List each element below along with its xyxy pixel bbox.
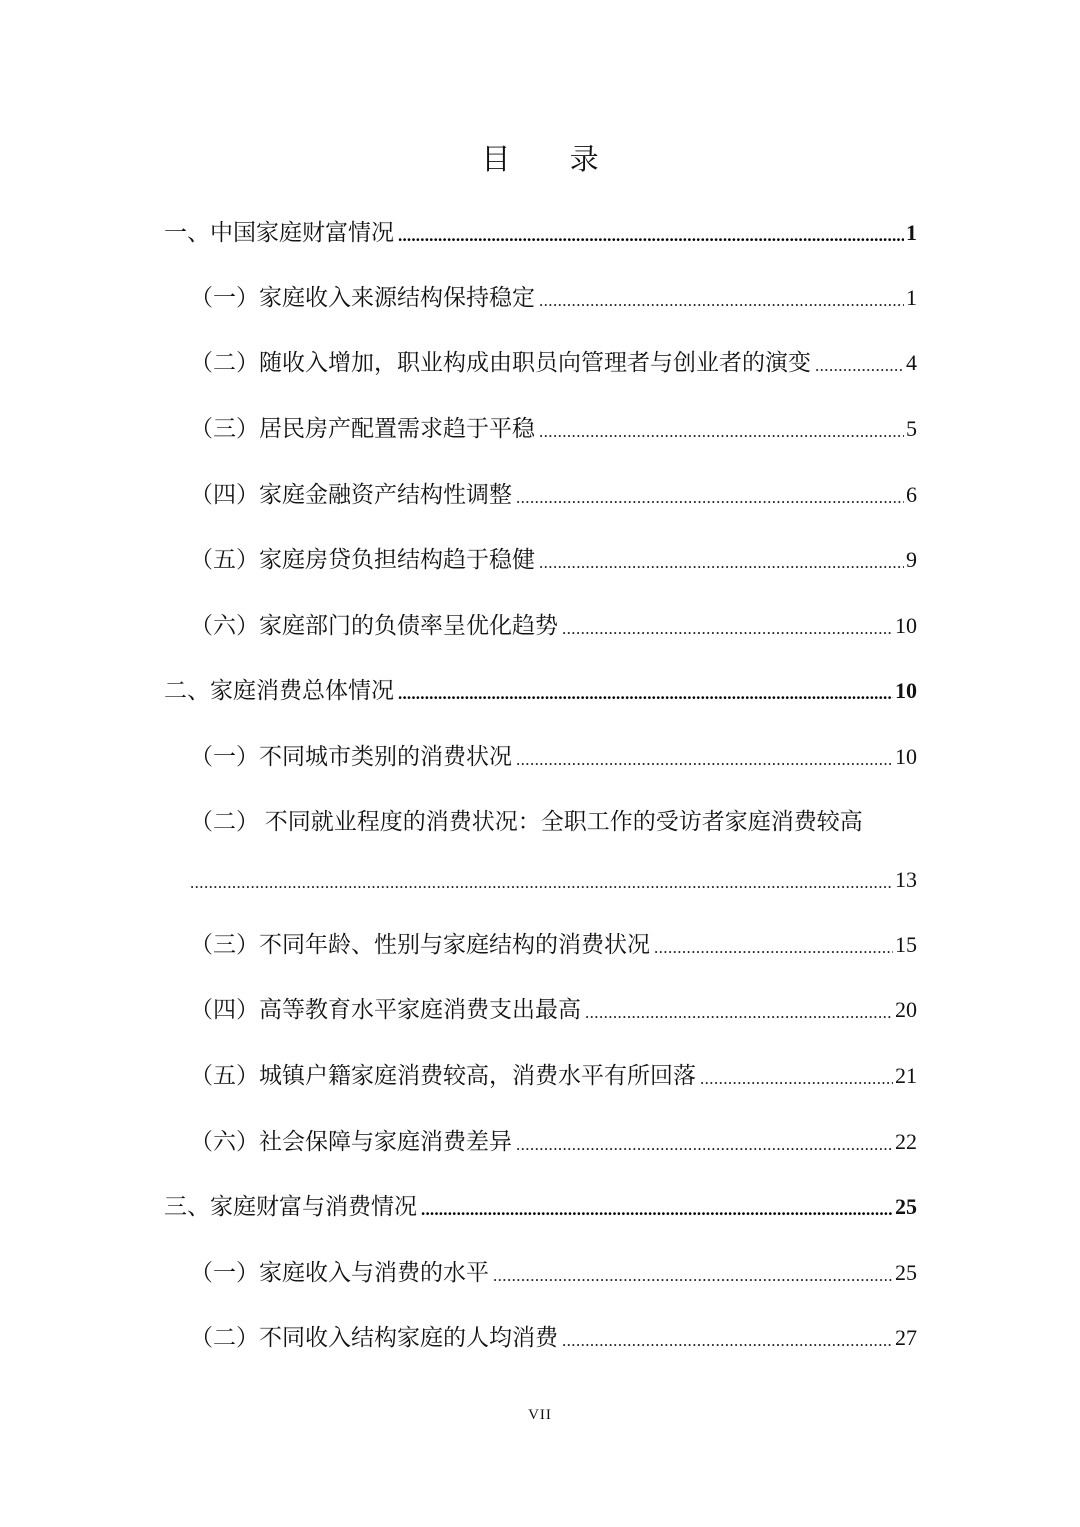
toc-entry-label: （五）家庭房贷负担结构趋于稳健 (190, 544, 535, 576)
toc-entry-label: （六）家庭部门的负债率呈优化趋势 (190, 610, 558, 642)
page-number: VII (0, 1405, 1080, 1425)
dot-leader (421, 1192, 893, 1216)
dot-leader (815, 348, 904, 372)
dot-leader (398, 218, 904, 242)
toc-entry-section-2-5[interactable]: （五）城镇户籍家庭消费较高，消费水平有所回落 21 (190, 1060, 917, 1092)
toc-entry-label: （三）居民房产配置需求趋于平稳 (190, 413, 535, 445)
toc-entry-section-1-3[interactable]: （三）居民房产配置需求趋于平稳 5 (190, 413, 917, 445)
toc-entry-section-2-6[interactable]: （六）社会保障与家庭消费差异 22 (190, 1126, 917, 1158)
toc-entry-page: 27 (895, 1322, 917, 1354)
toc-entry-chapter-1[interactable]: 一、中国家庭财富情况 1 (164, 217, 917, 249)
dot-leader (190, 865, 893, 889)
toc-entry-chapter-2[interactable]: 二、家庭消费总体情况 10 (164, 675, 917, 707)
toc-entry-section-2-2[interactable]: （二） 不同就业程度的消费状况：全职工作的受访者家庭消费较高 (190, 806, 917, 838)
toc-entry-page: 15 (895, 929, 917, 961)
toc-entry-label: 一、中国家庭财富情况 (164, 217, 394, 249)
toc-entry-label: （二） 不同就业程度的消费状况：全职工作的受访者家庭消费较高 (190, 806, 863, 838)
toc-entry-page: 13 (895, 864, 917, 896)
toc-entry-section-2-3[interactable]: （三）不同年龄、性别与家庭结构的消费状况 15 (190, 929, 917, 961)
dot-leader (398, 676, 893, 700)
dot-leader (562, 1323, 893, 1347)
toc-entry-page: 20 (895, 994, 917, 1026)
toc-entry-page: 4 (906, 347, 917, 379)
toc-entry-page: 10 (895, 741, 917, 773)
toc-entry-label: 二、家庭消费总体情况 (164, 675, 394, 707)
toc-entry-page: 1 (906, 282, 917, 314)
dot-leader (539, 414, 904, 438)
toc-entry-page: 10 (895, 610, 917, 642)
toc-entry-page: 21 (895, 1060, 917, 1092)
dot-leader (585, 995, 893, 1019)
dot-leader (539, 283, 904, 307)
toc-entry-page: 5 (906, 413, 917, 445)
toc-entry-chapter-3[interactable]: 三、家庭财富与消费情况 25 (164, 1191, 917, 1223)
toc-entry-page: 10 (895, 675, 917, 707)
toc-entry-label: （一）不同城市类别的消费状况 (190, 741, 512, 773)
toc-entry-page: 6 (906, 479, 917, 511)
toc-entry-section-2-2-continuation[interactable]: 13 (190, 864, 917, 896)
dot-leader (700, 1061, 893, 1085)
toc-entry-section-2-4[interactable]: （四）高等教育水平家庭消费支出最高 20 (190, 994, 917, 1026)
toc-entry-label: （三）不同年龄、性别与家庭结构的消费状况 (190, 929, 650, 961)
toc-entry-label: （二）随收入增加，职业构成由职员向管理者与创业者的演变 (190, 347, 811, 379)
toc-entry-label: （四）高等教育水平家庭消费支出最高 (190, 994, 581, 1026)
toc-entry-section-3-1[interactable]: （一）家庭收入与消费的水平 25 (190, 1257, 917, 1289)
toc-entry-page: 9 (906, 544, 917, 576)
toc-entry-section-1-5[interactable]: （五）家庭房贷负担结构趋于稳健 9 (190, 544, 917, 576)
toc-entry-page: 22 (895, 1126, 917, 1158)
dot-leader (493, 1258, 893, 1282)
toc-entry-page: 1 (906, 217, 917, 249)
toc-entry-page: 25 (895, 1257, 917, 1289)
dot-leader (516, 1127, 893, 1151)
toc-entry-section-2-1[interactable]: （一）不同城市类别的消费状况 10 (190, 741, 917, 773)
toc-entry-section-3-2[interactable]: （二）不同收入结构家庭的人均消费 27 (190, 1322, 917, 1354)
toc-entry-page: 25 (895, 1191, 917, 1223)
dot-leader (516, 742, 893, 766)
toc-entry-section-1-2[interactable]: （二）随收入增加，职业构成由职员向管理者与创业者的演变 4 (190, 347, 917, 379)
toc-entry-section-1-6[interactable]: （六）家庭部门的负债率呈优化趋势 10 (190, 610, 917, 642)
toc-entry-section-1-1[interactable]: （一）家庭收入来源结构保持稳定 1 (190, 282, 917, 314)
toc-entry-label: （五）城镇户籍家庭消费较高，消费水平有所回落 (190, 1060, 696, 1092)
dot-leader (562, 611, 893, 635)
toc-entry-label: （四）家庭金融资产结构性调整 (190, 479, 512, 511)
toc-entry-section-1-4[interactable]: （四）家庭金融资产结构性调整 6 (190, 479, 917, 511)
dot-leader (654, 930, 893, 954)
toc-entry-label: （一）家庭收入来源结构保持稳定 (190, 282, 535, 314)
toc-entry-label: （六）社会保障与家庭消费差异 (190, 1126, 512, 1158)
table-of-contents: 一、中国家庭财富情况 1 （一）家庭收入来源结构保持稳定 1 （二）随收入增加，… (0, 0, 1080, 1527)
dot-leader (539, 545, 904, 569)
toc-entry-label: （二）不同收入结构家庭的人均消费 (190, 1322, 558, 1354)
toc-entry-label: 三、家庭财富与消费情况 (164, 1191, 417, 1223)
toc-entry-label: （一）家庭收入与消费的水平 (190, 1257, 489, 1289)
dot-leader (516, 480, 904, 504)
